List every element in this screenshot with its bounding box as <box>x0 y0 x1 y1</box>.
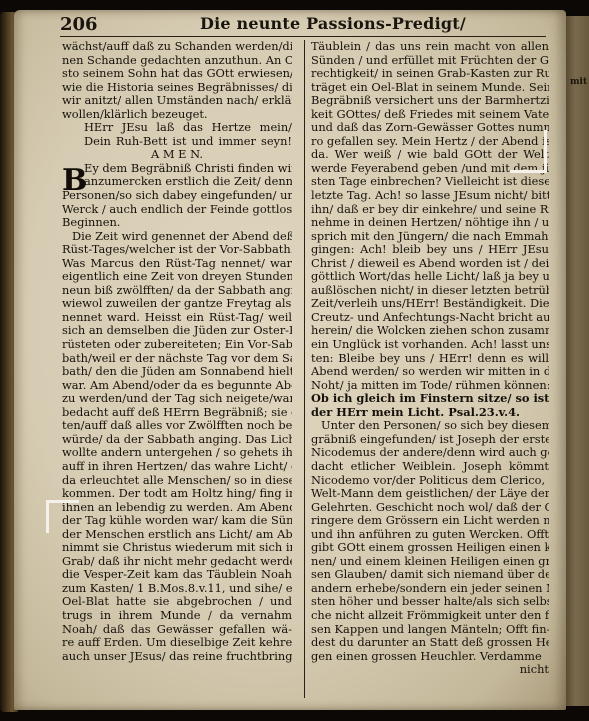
page-header: 206 Die neunte Passions-Predigt/ <box>60 14 546 37</box>
text-line: auff in ihren Hertzen/ das wahre Licht/ … <box>62 460 292 474</box>
text-line: Nicodemo vor/der Politicus dem Clerico, … <box>311 474 549 488</box>
next-page-edge: mit ge ihr me ber der un die Von der ge <box>566 16 589 706</box>
text-line: Die Zeit wird genennet der Abend deß <box>62 230 292 244</box>
text-line: nimmt sie Christus wiederum mit sich ins <box>62 541 292 555</box>
text-line: gibt GOtt einem grossen Heiligen einen k… <box>311 541 549 555</box>
text-line: bath/weil er der nächste Tag vor dem Sab… <box>62 352 292 366</box>
text-line: träget ein Oel-Blat in seinem Munde. Sei… <box>311 81 549 95</box>
text-line: bedacht auff deß HErrn Begräbniß; sie ei… <box>62 406 292 420</box>
text-line: Unter den Personen/ so sich bey diesem B… <box>311 419 549 433</box>
text-line: sen Glauben/ damit sich niemand über den <box>311 568 549 582</box>
text-line: zum Kasten/ 1 B.Mos.8.v.11, und sihe/ ei… <box>62 582 292 596</box>
text-line: letzte Tag. Ach! so lasse JEsum nicht/ b… <box>311 189 549 203</box>
text-line: rechtigkeit/ in seinen Grab-Kasten zur R… <box>311 67 549 81</box>
text-line: keit GOttes/ deß Friedes mit seinem Vate… <box>311 108 549 122</box>
text-line: A M E N. <box>62 148 292 162</box>
text-line: wächst/auff daß zu Schanden werden/die i… <box>62 40 292 54</box>
left-column: wächst/auff daß zu Schanden werden/die i… <box>62 40 292 663</box>
text-line: wie die Historia seines Begräbnisses/ di… <box>62 81 292 95</box>
text-line: da erleuchtet alle Menschen/ so in diese… <box>62 474 292 488</box>
text-line: trugs in ihrem Munde / da vernahm <box>62 609 292 623</box>
text-line: ten: Bleibe bey uns / HErr! denn es will <box>311 352 549 366</box>
text-line: Creutz- und Anfechtungs-Nacht bricht auc… <box>311 311 549 325</box>
text-line: ihn/ daß er bey dir einkehre/ und seine … <box>311 203 549 217</box>
text-line: Begräbniß versichert uns der Barmhertzig… <box>311 94 549 108</box>
text-line: Dein Ruh-Bett ist und immer seyn! <box>62 135 292 149</box>
text-line: Grab/ daß ihr nicht mehr gedacht werde. … <box>62 555 292 569</box>
text-line: sen Kappen und langen Mänteln; Offt fin- <box>311 623 549 637</box>
text-line: der Menschen erstlich ans Licht/ am Aben… <box>62 528 292 542</box>
next-page-bleed-text: mit ge ihr me ber der un die Von der ge <box>570 76 588 88</box>
text-line: eigentlich eine Zeit von dreyen Stunden/… <box>62 270 292 284</box>
text-line: Sünden / und erfüllet mit Früchten der G… <box>311 54 549 68</box>
text-line: außlöschen nicht/ in dieser letzten betr… <box>311 284 549 298</box>
text-line: bath/ den die Jüden am Sonnabend hielten… <box>62 365 292 379</box>
text-line: wollen/klärlich bezeuget. <box>62 108 292 122</box>
text-line: neun biß zwölfften/ da der Sabbath angin… <box>62 284 292 298</box>
text-line: ihnen an lebendig zu werden. Am Abend/ d… <box>62 501 292 515</box>
text-line: die Vesper-Zeit kam das Täublein Noah <box>62 568 292 582</box>
text-line: Abend werden/ so werden wir mitten in de… <box>311 365 549 379</box>
text-line: zu werden/und der Tag sich neigete/waren… <box>62 392 292 406</box>
text-line: wiewol zuweilen der gantze Freytag also … <box>62 297 292 311</box>
text-line: Nicodemus der andere/denn wird auch ge- <box>311 446 549 460</box>
text-line: ten/auff daß alles vor Zwölfften noch be… <box>62 419 292 433</box>
text-line: HErr JEsu laß das Hertze mein/ <box>62 121 292 135</box>
text-line: nen Schande gedachten anzuthun. An Chri- <box>62 54 292 68</box>
text-line: Personen/so sich dabey eingefunden/ und … <box>62 189 292 203</box>
text-line: ein Unglück ist vorhanden. Ach! lasst un… <box>311 338 549 352</box>
running-title: Die neunte Passions-Predigt/ <box>200 14 466 33</box>
text-line: Was Marcus den Rüst-Tag nennet/ war <box>62 257 292 271</box>
text-line: herein/ die Wolcken ziehen schon zusamme… <box>311 324 549 338</box>
text-line: Werck / auch endlich der Feinde gottlose… <box>62 203 292 217</box>
text-line: gingen: Ach! bleib bey uns / HErr JEsu <box>311 243 549 257</box>
crop-mark-top-right <box>510 130 547 173</box>
text-line: Ob ich gleich im Finstern sitze/ so ist … <box>311 392 549 406</box>
text-line: würde/ da der Sabbath anging. Das Licht <box>62 433 292 447</box>
text-line: Ey dem Begräbniß Christi finden wir <box>62 162 292 176</box>
text-line: rüsteten oder zubereiteten; Ein Vor-Sab- <box>62 338 292 352</box>
text-line: wollte andern untergehen / so gehets ihn… <box>62 446 292 460</box>
catchword: nicht <box>311 663 549 677</box>
text-line: nen/ und einem kleinen Heiligen einen gr… <box>311 555 549 569</box>
text-line: andern erhebe/sondern ein jeder seinen N… <box>311 582 549 596</box>
text-line: der Tag kühle worden war/ kam die Sünde <box>62 514 292 528</box>
text-line: re auff Erden. Um dieselbige Zeit kehret <box>62 636 292 650</box>
text-line: war. Am Abend/oder da es begunnte Abend <box>62 379 292 393</box>
text-line: Täublein / das uns rein macht von allen <box>311 40 549 54</box>
text-line: Beginnen. <box>62 216 292 230</box>
text-line: anzumercken erstlich die Zeit/ denn die <box>62 175 292 189</box>
text-line: Oel-Blat hatte sie abgebrochen / und <box>62 595 292 609</box>
text-line: gräbniß eingefunden/ ist Joseph der erst… <box>311 433 549 447</box>
text-line: che nicht allzeit Frömmigkeit unter den … <box>311 609 549 623</box>
text-line: Welt-Mann dem geistlichen/ der Läye dem <box>311 487 549 501</box>
text-line: Noah/ daß das Gewässer gefallen wä- <box>62 623 292 637</box>
text-line: nennet ward. Heisst ein Rüst-Tag/ weil <box>62 311 292 325</box>
text-line: sten Tage einbrechen? Vielleicht ist die… <box>311 175 549 189</box>
text-line: Rüst-Tages/welcher ist der Vor-Sabbath. <box>62 243 292 257</box>
text-line: gen einen grossen Heuchler. Verdamme <box>311 650 549 664</box>
text-line: sich an demselben die Jüden zur Oster-Fe… <box>62 324 292 338</box>
text-line: Zeit/verleih uns/HErr! Beständigkeit. Di… <box>311 297 549 311</box>
text-line: kommen. Der todt am Holtz hing/ fing in <box>62 487 292 501</box>
text-line: ringere dem Grössern ein Licht werden mu… <box>311 514 549 528</box>
text-line: göttlich Wort/das helle Licht/ laß ja be… <box>311 270 549 284</box>
text-line: dest du darunter an Statt deß grossen He… <box>311 636 549 650</box>
text-line: Christ / dieweil es Abend worden ist / d… <box>311 257 549 271</box>
drop-cap-letter: B <box>62 166 87 196</box>
text-line: sprich mit den Jüngern/ die nach Emmahus <box>311 230 549 244</box>
crop-mark-bottom-left <box>46 500 79 533</box>
text-line: wir anitzt/ allen Umständen nach/ erklär… <box>62 94 292 108</box>
text-line: sto seinem Sohn hat das GOtt erwiesen/ <box>62 67 292 81</box>
text-line: der HErr mein Licht. Psal.23.v.4. <box>311 406 549 420</box>
text-line: auch unser JEsus/ das reine fruchtbringe… <box>62 650 292 664</box>
page-number: 206 <box>60 14 98 35</box>
text-line: nehme in deinen Hertzen/ nöhtige ihn / u… <box>311 216 549 230</box>
text-line: dacht etlicher Weiblein. Joseph kömmt <box>311 460 549 474</box>
text-line: Gelehrten. Geschicht noch wol/ daß der G… <box>311 501 549 515</box>
text-line: Noht/ ja mitten im Tode/ rühmen können: <box>311 379 549 393</box>
text-line: und ihn anführen zu guten Wercken. Offt <box>311 528 549 542</box>
text-line: sten höher und besser halte/als sich sel… <box>311 595 549 609</box>
